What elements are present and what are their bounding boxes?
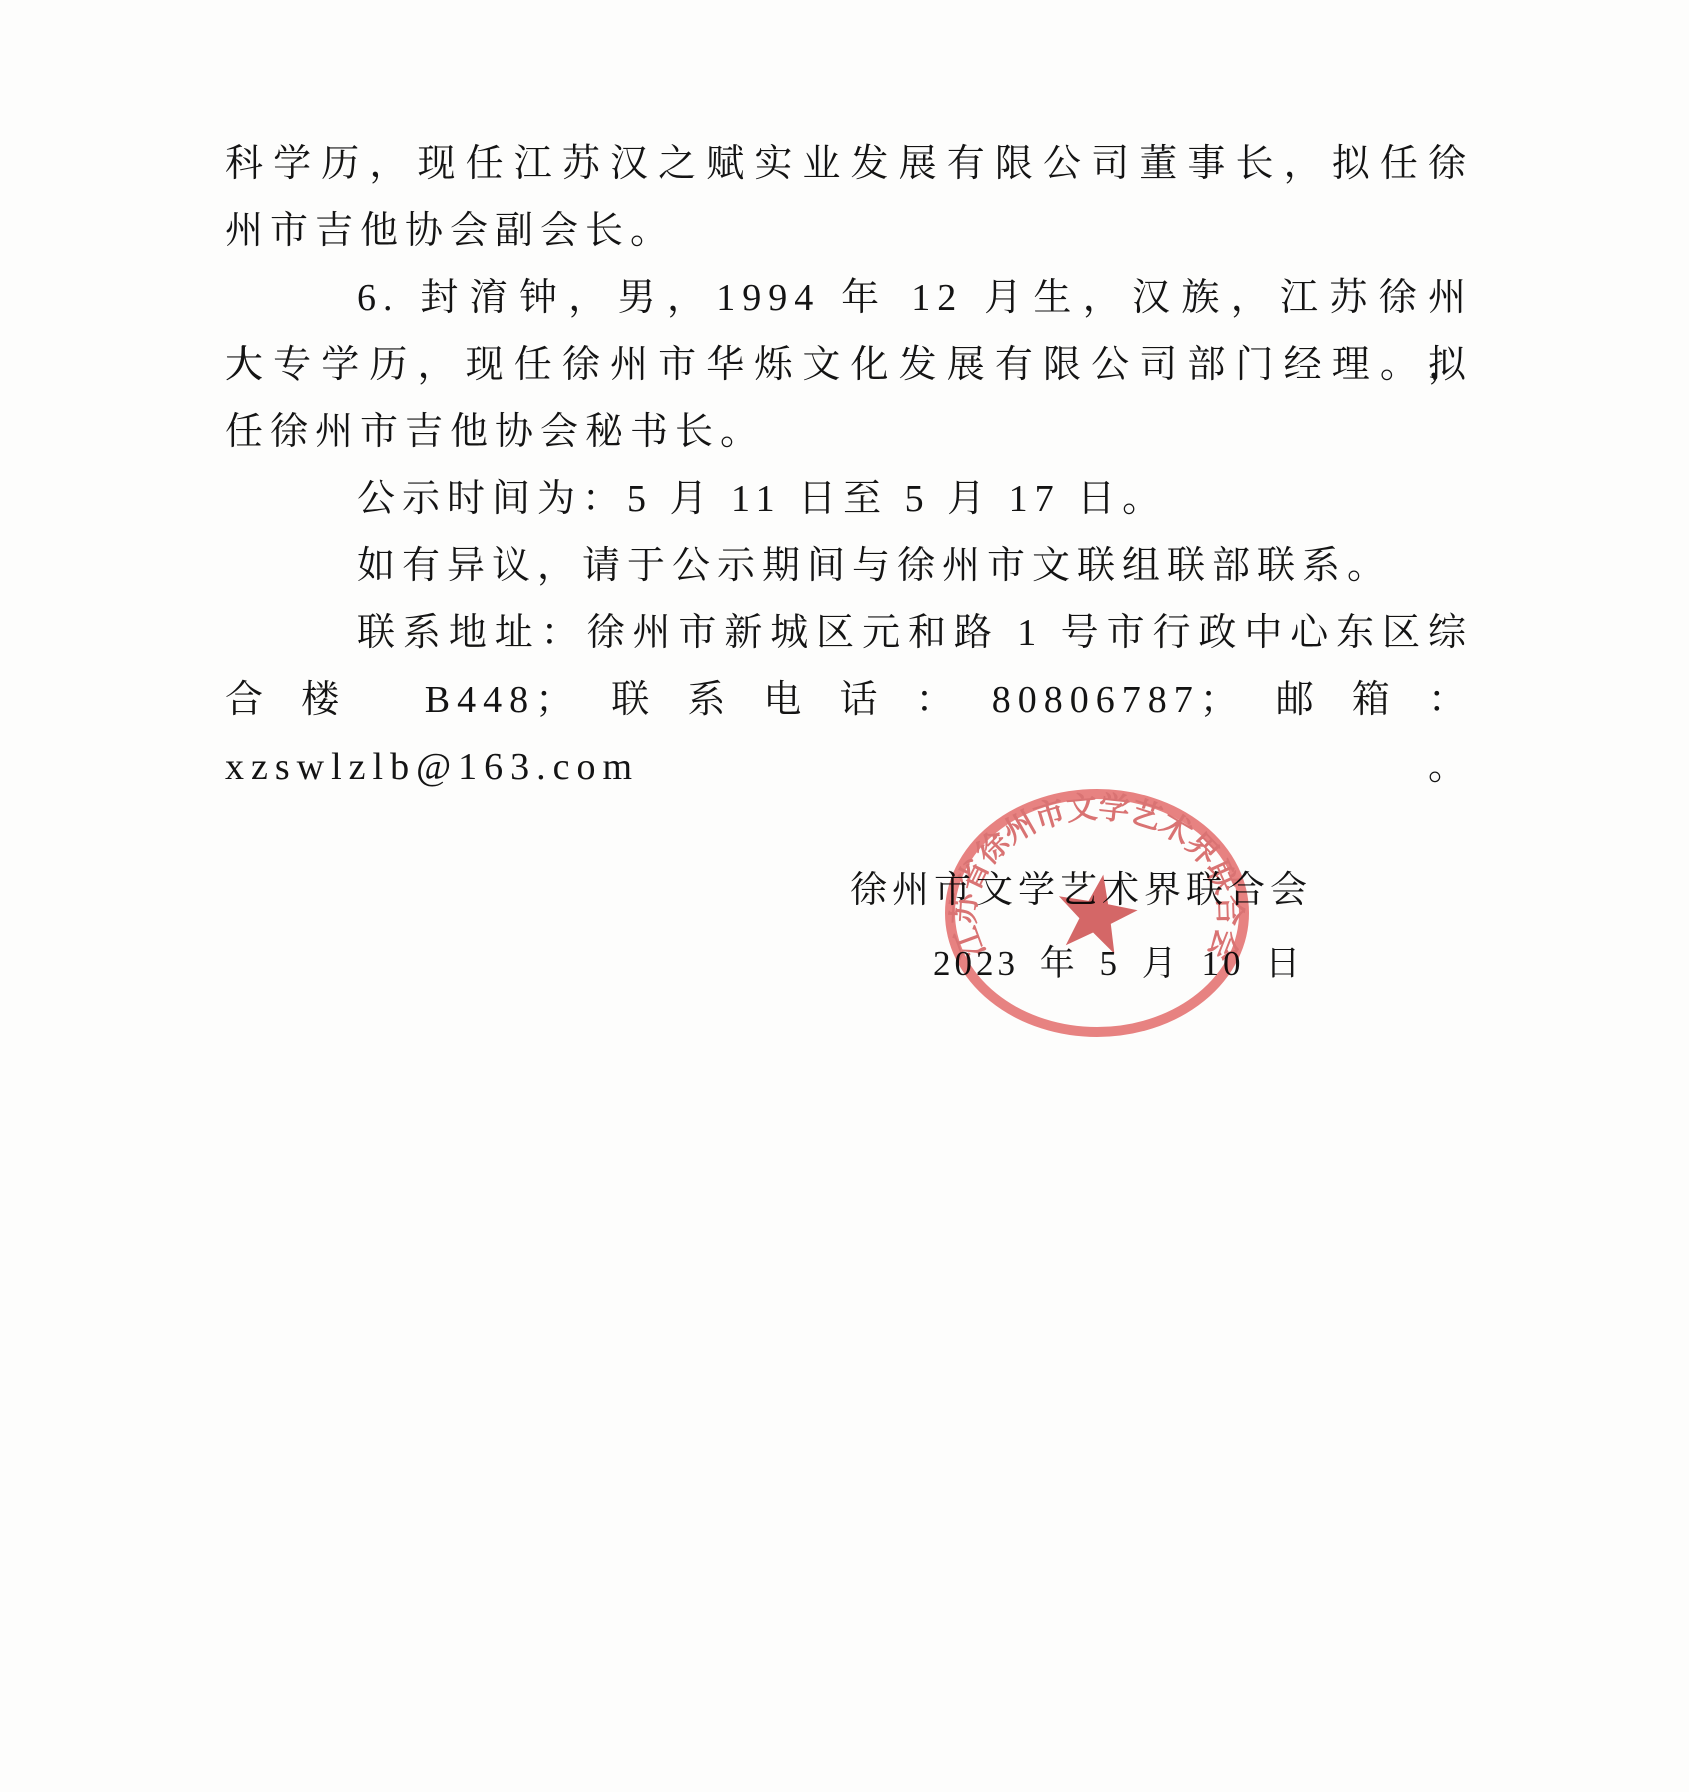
body-line: 大专学历，现任徐州市华烁文化发展有限公司部门经理。拟 <box>225 332 1473 399</box>
body-line: 任徐州市吉他协会秘书长。 <box>225 399 1473 466</box>
body-line: 科学历，现任江苏汉之赋实业发展有限公司董事长，拟任徐 <box>225 131 1473 198</box>
seal-ring <box>950 794 1244 1032</box>
body-text: 科学历，现任江苏汉之赋实业发展有限公司董事长，拟任徐州市吉他协会副会长。6. 封… <box>225 131 1473 734</box>
official-seal-stamp: 江苏省徐州市文学艺术界联合会 <box>941 784 1253 1042</box>
signature-date: 2023 年 5 月 10 日 <box>933 944 1304 984</box>
body-line: 公示时间为：5 月 11 日至 5 月 17 日。 <box>225 466 1473 533</box>
body-line: 如有异议，请于公示期间与徐州市文联组联部联系。 <box>225 533 1473 600</box>
body-line: 州市吉他协会副会长。 <box>225 198 1473 265</box>
body-line: 合楼 B448；联系电话：80806787；邮箱：xzswlzlb@163.co… <box>225 667 1473 734</box>
body-line: 联系地址：徐州市新城区元和路 1 号市行政中心东区综 <box>225 600 1473 667</box>
signature-org: 徐州市文学艺术界联合会 <box>850 869 1312 913</box>
body-line: 6. 封淯钟，男，1994 年 12 月生，汉族，江苏徐州人， <box>225 265 1473 332</box>
document-page: 科学历，现任江苏汉之赋实业发展有限公司董事长，拟任徐州市吉他协会副会长。6. 封… <box>0 0 1689 1792</box>
